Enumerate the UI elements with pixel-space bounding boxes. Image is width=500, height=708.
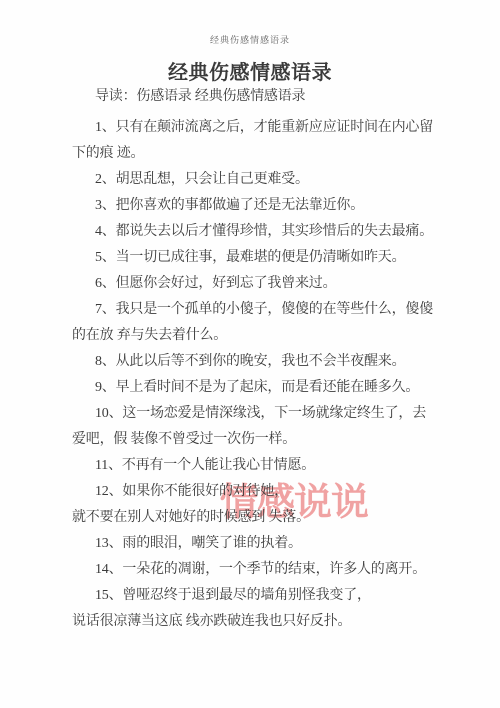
quote-line-first: 12、如果你不能很好的对待她， (72, 479, 436, 505)
quote-line-first: 10、这一场恋爱是情深缘浅，下一场就缘定终生了，去 (72, 401, 436, 427)
quote-line-first: 7、我只是一个孤单的小傻子，傻傻的在等些什么，傻傻 (72, 297, 436, 323)
lead-paragraph: 导读：伤感语录 经典伤感情感语录 (72, 84, 436, 110)
quote-line-first: 14、一朵花的凋谢，一个季节的结束，许多人的离开。 (72, 557, 436, 583)
quote-line-first: 4、都说失去以后才懂得珍惜，其实珍惜后的失去最痛。 (72, 219, 436, 245)
page-header-text: 经典伤感情感语录 (0, 33, 500, 46)
quote-line-first: 13、雨的眼泪，嘲笑了谁的执着。 (72, 531, 436, 557)
quote-line-continuation: 下的痕 迹。 (72, 141, 436, 167)
content: 导读：伤感语录 经典伤感情感语录 1、只有在颠沛流离之后，才能重新应应证时间在内… (72, 84, 436, 635)
quote-line-continuation: 就不要在别人对她好的时候感到 失落。 (72, 505, 436, 531)
quote-list: 1、只有在颠沛流离之后，才能重新应应证时间在内心留下的痕 迹。2、胡思乱想，只会… (72, 115, 436, 635)
page-title: 经典伤感情感语录 (0, 56, 500, 85)
quote-line-first: 3、把你喜欢的事都做遍了还是无法靠近你。 (72, 193, 436, 219)
quote-line-first: 5、当一切已成往事，最难堪的便是仍清晰如昨天。 (72, 245, 436, 271)
quote-line-first: 2、胡思乱想，只会让自己更难受。 (72, 167, 436, 193)
quote-line-first: 11、不再有一个人能让我心甘情愿。 (72, 453, 436, 479)
quote-line-first: 6、但愿你会好过，好到忘了我曾来过。 (72, 271, 436, 297)
quote-line-continuation: 的在放 弃与失去着什么。 (72, 323, 436, 349)
quote-line-first: 8、从此以后等不到你的晚安，我也不会半夜醒来。 (72, 349, 436, 375)
quote-line-continuation: 说话很凉薄当这底 线亦跌破连我也只好反扑。 (72, 609, 436, 635)
quote-line-first: 1、只有在颠沛流离之后，才能重新应应证时间在内心留 (72, 115, 436, 141)
quote-line-first: 15、曾哑忍终于退到最尽的墙角别怪我变了， (72, 583, 436, 609)
quote-line-first: 9、早上看时间不是为了起床，而是看还能在睡多久。 (72, 375, 436, 401)
document-page: 经典伤感情感语录 经典伤感情感语录 情感说说 导读：伤感语录 经典伤感情感语录 … (0, 0, 500, 708)
quote-line-continuation: 爱吧，假 装像不曾受过一次伤一样。 (72, 427, 436, 453)
